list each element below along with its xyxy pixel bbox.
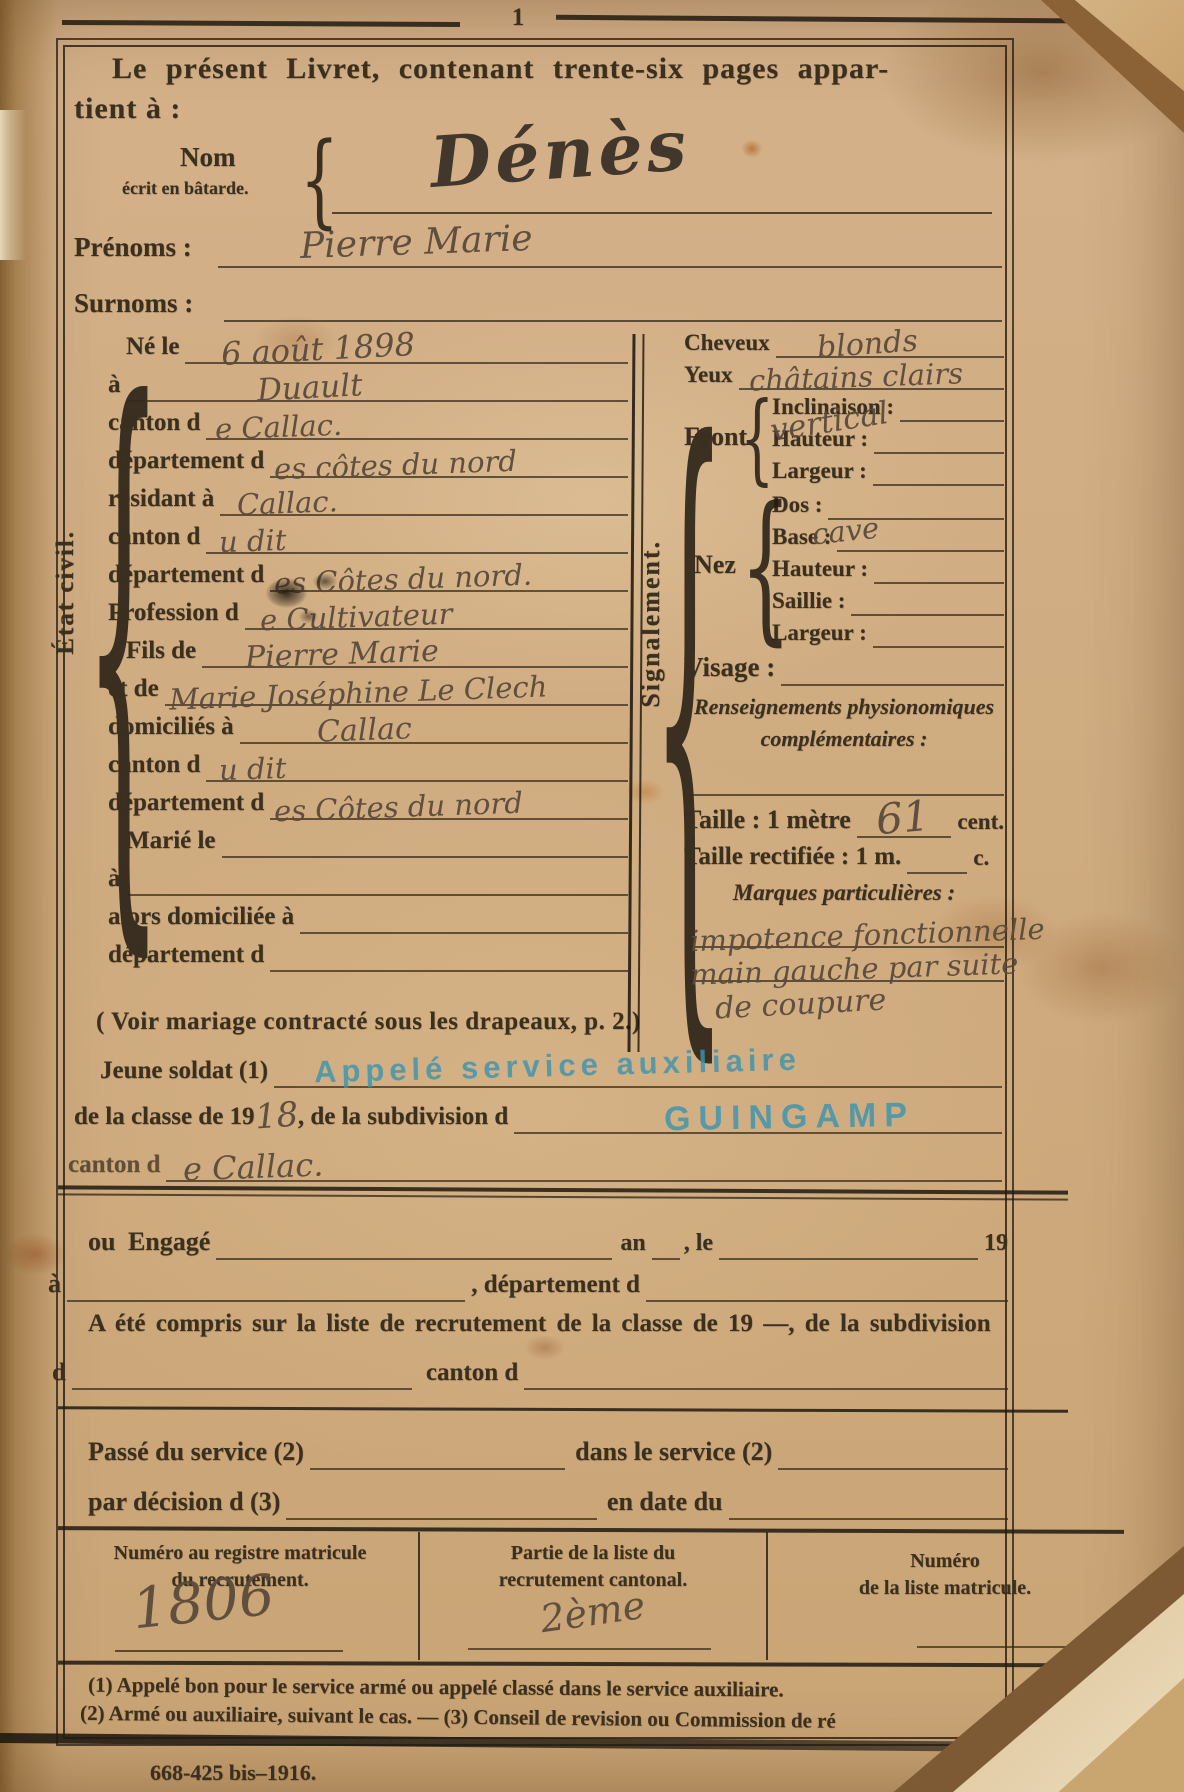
torn-edge-left [0,110,26,260]
field-row: Dos : [772,488,1004,520]
field-line [67,1300,465,1302]
passe-label: Passé du service (2) [88,1437,304,1470]
field-line [873,646,1004,648]
field-line [646,1300,1008,1302]
form-reference: 668-425 bis–1916. [150,1760,316,1786]
classe-row: de la classe de 19 18 , de la subdivisio… [74,1094,1002,1134]
field-row: canton de Callac. [108,402,628,440]
field-line [127,894,629,896]
field-label: Cheveux [684,330,770,358]
field-label: résidant à [108,485,214,516]
field-row: canton du dit [108,744,628,782]
field-line: es Côtes du nord [270,818,628,820]
field-line [778,1468,1008,1470]
field-line [216,1258,612,1260]
front-group: { Front vertical Inclinaison : Hauteur :… [684,390,1004,488]
compris-canton: canton d [426,1359,518,1390]
field-line: 6 août 1898 [185,362,628,364]
field-label: département d [108,447,264,478]
etat-civil-fields: Né le6 août 1898 àDuault canton de Calla… [108,326,628,972]
field-line: 61 [857,836,952,838]
table-col2: Partie de la liste du recrutement canton… [420,1532,768,1660]
field-label: et de [108,675,159,706]
col1-header-line1: Numéro au registre matricule [62,1532,418,1567]
field-label: Fils de [126,637,196,668]
engage-19: 19 [984,1230,1008,1260]
field-label: Né le [126,333,179,364]
marriage-note: ( Voir mariage contracté sous les drapea… [96,1008,641,1036]
field-line [851,614,1004,616]
field-line [873,484,1004,486]
field-label: canton d [108,751,200,782]
name-line [332,212,992,214]
nez-group: { Nez cave Dos : Base : Hauteur : Sailli… [684,488,1004,650]
field-line: es côtes du nord [270,476,628,478]
field-label: canton d [108,523,200,554]
field-row: Base : [772,520,1004,552]
taille-value: 61 [874,791,932,844]
classe-value: 18 [253,1095,299,1138]
nez-handwritten: cave [810,511,880,552]
passe-dans: dans le service (2) [575,1437,772,1470]
field-line [690,794,1004,796]
jeune-soldat-label: Jeune soldat (1) [100,1057,268,1088]
field-line [907,872,967,874]
prenoms-line [218,266,1002,268]
canton-row: canton d e Callac. [68,1140,1002,1182]
field-row: Yeuxchâtains clairs [684,358,1004,390]
field-row: àDuault [108,364,628,402]
name-sublabel: écrit en bâtarde. [122,178,248,199]
handwritten-value: Callac [317,711,413,749]
field-line: e Callac. [166,1180,1002,1182]
field-line [874,582,1004,584]
handwritten-value: u dit [218,523,287,559]
renseignements-line1: Renseignements physionomiques [684,686,1004,726]
name-label: Nom [180,142,236,173]
field-row: département des Côtes du nord [108,782,628,820]
jeune-soldat-row: Jeune soldat (1) Appelé service auxiliai… [100,1048,1002,1088]
field-row: département des Côtes du nord. [108,554,628,592]
field-label: département d [108,561,264,592]
nez-label: Nez [694,550,736,580]
engage-an: an [620,1230,645,1260]
field-line: Marie Joséphine Le Clech [165,704,628,706]
field-row: canton du dit [108,516,628,554]
classe-suffix: , de la subdivision d [298,1103,509,1134]
header-line2: tient à : [74,92,181,126]
field-label: alors domiciliée à [108,903,294,934]
field-label: département d [108,789,264,820]
field-label: à [108,371,121,402]
surnoms-line [224,320,1002,322]
prenoms-value: Pierre Marie [299,218,533,267]
stamp-appele-service-auxiliaire: Appelé service auxiliaire [314,1042,802,1091]
taille-label: Taille : 1 mètre [684,805,851,838]
signalement-fields: Cheveuxblonds Yeuxchâtains clairs { Fron… [684,326,1004,1016]
col2-underline [468,1648,710,1650]
engage-a-label: à [48,1269,61,1302]
engage-row2: à , département d [48,1264,1008,1302]
field-line: u dit [206,780,628,782]
field-line [719,1258,978,1260]
torn-corner-top-right [924,0,1184,190]
field-line: u dit [206,552,628,554]
field-line [310,1468,565,1470]
engage-departement: , département d [471,1271,640,1302]
handwritten-value: Pierre Marie [244,634,439,676]
field-line: GUINGAMP [514,1132,1002,1134]
engage-le: , le [684,1230,713,1260]
field-row: et deMarie Joséphine Le Clech [108,668,628,706]
field-line: Callac. [220,514,628,516]
etat-civil-section-label: État civil. [52,530,80,655]
field-line [300,932,628,934]
field-line: Pierre Marie [202,666,628,668]
engage-label: ou Engagé [88,1227,210,1260]
blank-row [684,756,1004,796]
col2-header-line1: Partie de la liste du [420,1532,766,1567]
field-row: Marié le [108,820,628,858]
field-line: Duault [127,400,629,402]
ink-blot [248,558,358,636]
field-row: Né le6 août 1898 [108,326,628,364]
passe-row1: Passé du service (2) dans le service (2) [88,1428,1008,1470]
taille-rectifiee-row: Taille rectifiée : 1 m.c. [684,838,1004,874]
field-line [270,970,628,972]
classe-prefix: de la classe de 19 [74,1103,255,1134]
field-line [222,856,628,858]
top-rule-left [62,20,460,27]
field-line [837,550,1004,552]
field-line [72,1388,412,1390]
field-label: Marié le [126,827,216,858]
field-line: Appelé service auxiliaire [274,1086,1002,1088]
field-row: Largeur : [772,454,1004,486]
field-row: Profession de Cultivateur [108,592,628,630]
field-line [286,1518,597,1520]
table-col1: Numéro au registre matricule du recrutem… [62,1532,420,1660]
engage-row1: ou Engagé an , le 19 [88,1222,1008,1260]
field-line: Callac [240,742,628,744]
taille-row: Taille : 1 mètre61cent. [684,796,1004,838]
header-line1: Le présent Livret, contenant trente-six … [112,52,992,86]
field-line: main gauche par suite [690,980,1004,982]
field-line [524,1388,1008,1390]
compris-d: d [52,1359,66,1390]
col1-underline [115,1650,343,1652]
torn-corner-bottom-right [854,1492,1184,1792]
front-label: Front [684,422,747,452]
field-label: à [108,865,121,896]
page-number: 1 [496,4,540,32]
field-row: Saillie : [772,584,1004,616]
field-line: blonds [776,356,1004,358]
field-row: Visage : [684,650,1004,686]
name-brace: { [300,130,339,232]
field-label: domiciliés à [108,713,234,744]
taille-rectifiee-label: Taille rectifiée : 1 m. [684,843,901,874]
canton-value: e Callac. [182,1146,324,1189]
field-label: Profession d [108,599,239,630]
field-label: canton d [108,409,200,440]
marques-label: Marques particulières : [684,874,1004,914]
field-row: alors domiciliée à [108,896,628,934]
renseignements-line2: complémentaires : [684,726,1004,756]
stamp-guingamp: GUINGAMP [664,1096,916,1139]
field-label: Yeux [684,362,733,390]
canton-label: canton d [68,1151,160,1182]
field-row: Fils dePierre Marie [108,630,628,668]
field-line: e Callac. [206,438,628,440]
handwritten-value: Callac. [236,484,338,521]
document-page: 1 Le présent Livret, contenant trente-si… [0,0,1184,1792]
prenoms-label: Prénoms : [74,232,192,263]
field-row: résidant àCallac. [108,478,628,516]
nez-brace: { [740,486,792,648]
col1-value: 1806 [129,1563,278,1643]
field-row: Hauteur : [772,552,1004,584]
field-row: département des côtes du nord [108,440,628,478]
taille-unit: cent. [957,809,1004,838]
field-row: Largeur : [772,616,1004,648]
engage-row4: d canton d [52,1352,1008,1390]
marques-line-row: impotence fonctionnelle [684,914,1004,948]
field-row: département d [108,934,628,972]
decision-label: par décision d (3) [88,1487,280,1520]
field-line [874,452,1004,454]
handwritten-value: u dit [218,751,287,787]
field-row: Cheveuxblonds [684,326,1004,358]
handwritten-value: e Callac. [214,408,342,446]
compris-sentence: A été compris sur la liste de recrutemen… [88,1310,1008,1338]
field-line [900,420,1004,422]
handwritten-value: Duault [256,367,363,408]
date-label: en date du [607,1487,723,1520]
field-line [652,1258,680,1260]
taille-rectifiee-unit: c. [973,845,989,874]
field-line [781,684,1004,686]
field-row: à [108,858,628,896]
field-label: département d [108,941,264,972]
